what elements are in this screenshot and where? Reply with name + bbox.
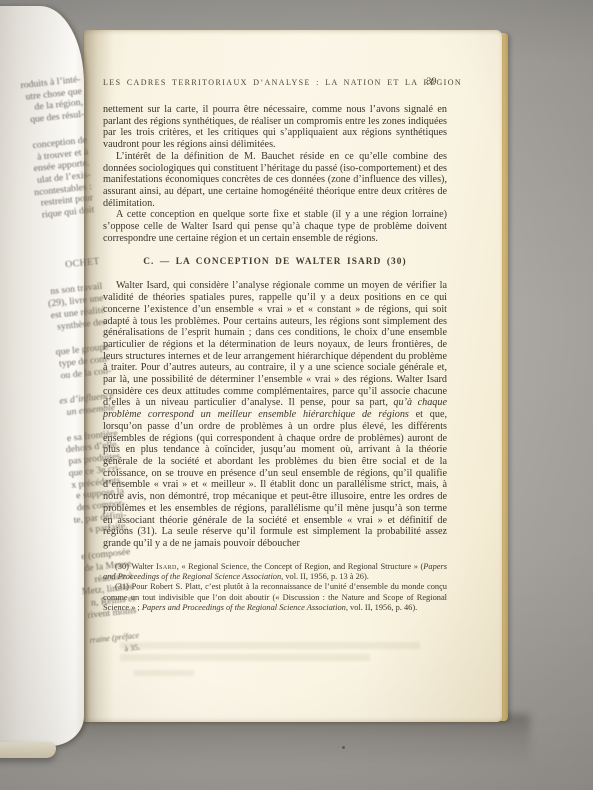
paragraph-2: L’intérêt de la définition de M. Bauchet… — [103, 151, 447, 210]
text-segment: , vol. II, 1956, p. 13 à 26). — [281, 572, 369, 581]
text-segment: Papers and Proceedings of the Regional S… — [142, 603, 346, 612]
paragraph-1: nettement sur la carte, il pourra être n… — [103, 104, 447, 151]
footnote-30: (30) Walter Isard, « Regional Science, t… — [103, 562, 447, 583]
right-page: LES CADRES TERRITORIAUX D’ANALYSE : LA N… — [84, 30, 502, 722]
show-through-text — [120, 642, 420, 649]
text-segment: , vol. II, 1956, p. 46). — [346, 603, 417, 612]
page-number: 39 — [427, 77, 438, 87]
text-segment: Isard — [156, 562, 177, 571]
paragraph-3: A cette conception en quelque sorte fixe… — [103, 209, 447, 244]
book-photo: LES CADRES TERRITORIAUX D’ANALYSE : LA N… — [0, 0, 593, 790]
body-text: nettement sur la carte, il pourra être n… — [103, 104, 447, 550]
show-through-text — [134, 670, 194, 676]
left-page-text-fragment: OCHET — [20, 256, 101, 276]
surface-speck — [342, 746, 345, 749]
running-head: LES CADRES TERRITORIAUX D’ANALYSE : LA N… — [103, 78, 447, 92]
footnote-31: (31) Pour Robert S. Platt, c’est plutôt … — [103, 582, 447, 613]
text-segment: Walter Isard, qui considère l’analyse ré… — [103, 280, 447, 408]
footnotes: (30) Walter Isard, « Regional Science, t… — [103, 562, 447, 613]
text-segment: et que, lorsqu’on passe d’un ordre de pr… — [103, 409, 447, 549]
text-segment: , « Regional Science, the Concept of Reg… — [177, 562, 423, 571]
paragraph-4: Walter Isard, qui considère l’analyse ré… — [103, 280, 447, 549]
section-heading: C. — LA CONCEPTION DE WALTER ISARD (30) — [103, 257, 447, 267]
left-page-under-stack — [0, 742, 56, 758]
running-head-title: LES CADRES TERRITORIAUX D’ANALYSE : LA N… — [103, 78, 462, 87]
right-page-text-column: LES CADRES TERRITORIAUX D’ANALYSE : LA N… — [103, 78, 447, 613]
show-through-text — [120, 654, 370, 661]
